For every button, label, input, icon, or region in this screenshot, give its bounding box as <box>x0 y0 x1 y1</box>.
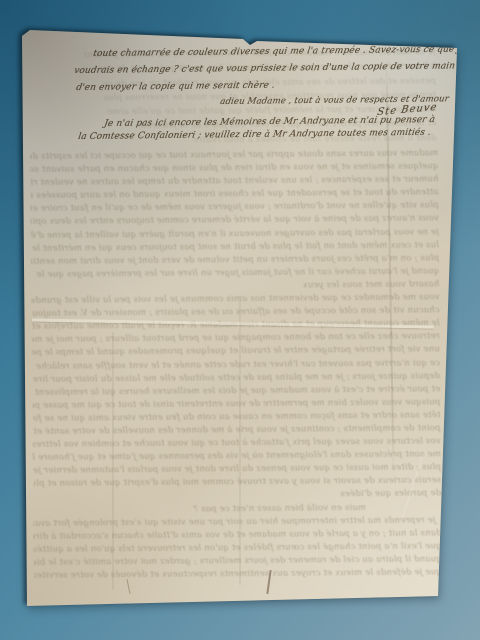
letter-photograph: { "colors": { "background_top_left": "#2… <box>0 0 480 640</box>
bleed-through-text-main: madame vous aurez sans doute appris par … <box>30 147 442 583</box>
bleed-line: que je défends le mieux et croyez aux se… <box>34 566 442 583</box>
paper-sheet-shadow: je ne saurais vous dire madame combien v… <box>0 0 480 640</box>
paper-sheet: je ne saurais vous dire madame combien v… <box>0 0 480 640</box>
